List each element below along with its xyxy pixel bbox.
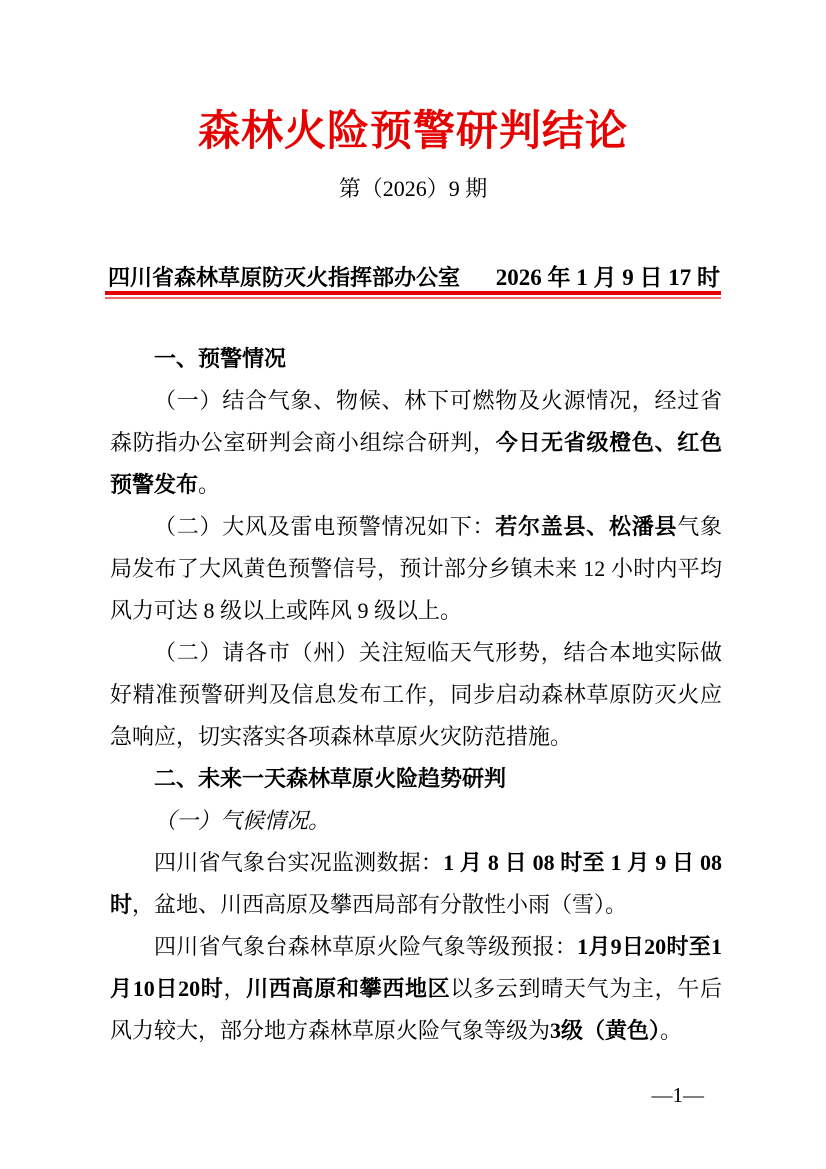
page-number: —1— bbox=[652, 1083, 705, 1108]
document-title: 森林火险预警研判结论 bbox=[0, 98, 826, 158]
document-header-row: 四川省森林草原防灭火指挥部办公室 2026 年 1 月 9 日 17 时 bbox=[108, 259, 720, 292]
document-body: 一、预警情况（一）结合气象、物候、林下可燃物及火源情况，经过省森防指办公室研判会… bbox=[110, 338, 722, 1052]
text-run: 四川省气象台实况监测数据： bbox=[154, 850, 443, 875]
section-heading: 一、预警情况 bbox=[110, 338, 722, 380]
text-run: 四川省气象台森林草原火险气象等级预报： bbox=[154, 934, 577, 959]
paragraph: 四川省气象台实况监测数据：1 月 8 日 08 时至 1 月 9 日 08 时，… bbox=[110, 842, 722, 926]
text-run: ， bbox=[223, 976, 246, 1001]
issue-datetime: 2026 年 1 月 9 日 17 时 bbox=[496, 259, 720, 292]
header-rule bbox=[105, 291, 721, 299]
paragraph: （二）请各市（州）关注短临天气形势，结合本地实际做好精准预警研判及信息发布工作，… bbox=[110, 632, 722, 758]
document-page: 森林火险预警研判结论 第（2026）9 期 四川省森林草原防灭火指挥部办公室 2… bbox=[0, 0, 826, 1169]
text-run: 一、预警情况 bbox=[154, 346, 286, 371]
text-run: 。 bbox=[198, 472, 220, 497]
text-run: 川西高原和攀西地区 bbox=[246, 976, 450, 1001]
text-run: 。 bbox=[660, 1018, 682, 1043]
paragraph: （一）结合气象、物候、林下可燃物及火源情况，经过省森防指办公室研判会商小组综合研… bbox=[110, 380, 722, 506]
issue-number: 第（2026）9 期 bbox=[0, 172, 826, 203]
text-run: 若尔盖县、松潘县 bbox=[495, 514, 677, 539]
text-run: 3级（黄色） bbox=[550, 1018, 660, 1043]
text-run: ，盆地、川西高原及攀西局部有分散性小雨（雪）。 bbox=[132, 892, 627, 917]
paragraph: （二）大风及雷电预警情况如下：若尔盖县、松潘县气象局发布了大风黄色预警信号，预计… bbox=[110, 506, 722, 632]
text-run: 二、未来一天森林草原火险趋势研判 bbox=[154, 766, 506, 791]
paragraph: （一）气候情况。 bbox=[110, 800, 722, 842]
paragraph: 四川省气象台森林草原火险气象等级预报：1月9日20时至1月10日20时，川西高原… bbox=[110, 926, 722, 1052]
section-heading: 二、未来一天森林草原火险趋势研判 bbox=[110, 758, 722, 800]
issuing-org: 四川省森林草原防灭火指挥部办公室 bbox=[108, 261, 460, 292]
text-run: （二）请各市（州）关注短临天气形势，结合本地实际做好精准预警研判及信息发布工作，… bbox=[110, 640, 722, 749]
text-run: （一）气候情况。 bbox=[154, 808, 330, 833]
text-run: （二）大风及雷电预警情况如下： bbox=[154, 514, 495, 539]
